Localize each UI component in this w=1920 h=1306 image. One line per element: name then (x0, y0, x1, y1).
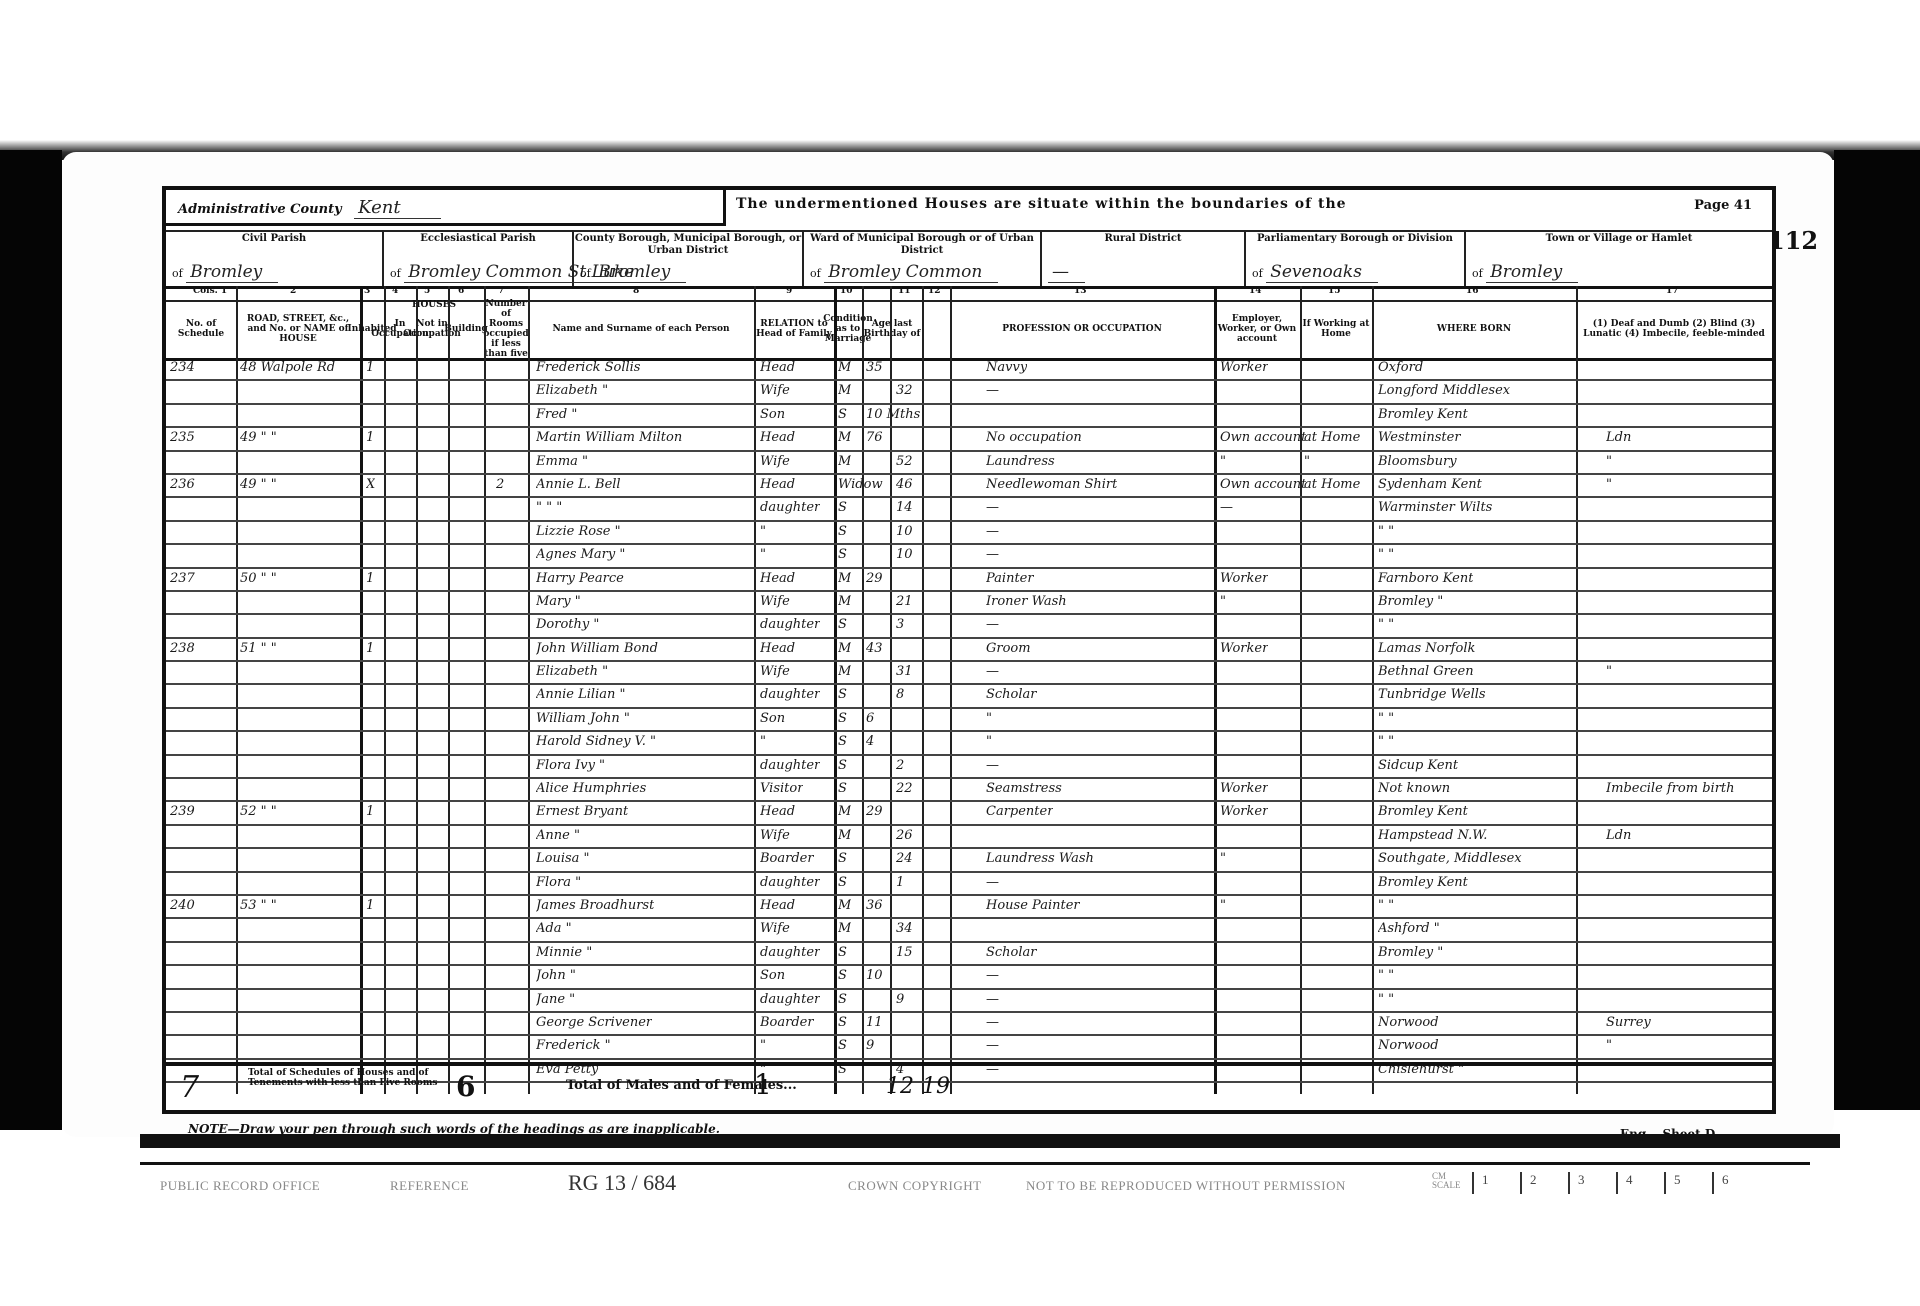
division-label: Town or Village or Hamlet (1466, 230, 1772, 245)
cell-road: 51 " " (240, 641, 277, 656)
scale-tick: 1 (1472, 1172, 1520, 1194)
cell-name: Jane " (536, 992, 575, 1007)
division-1: Civil Parishof Bromley (166, 230, 384, 286)
cell-female-age: 24 (896, 851, 913, 866)
division-handwritten: Bromley (594, 262, 686, 283)
cell-born: Lamas Norfolk (1378, 641, 1475, 656)
cell-condition: S (838, 711, 847, 726)
cell-born: " " (1378, 617, 1394, 632)
cell-condition: S (838, 1038, 847, 1053)
cell-inhabited: 1 (366, 804, 374, 819)
division-handwritten: Bromley Common (824, 262, 998, 283)
cell-name: Flora " (536, 875, 581, 890)
column-number: 3 (364, 286, 370, 296)
column-number: 6 (458, 286, 464, 296)
cell-employment: Worker (1220, 781, 1268, 796)
table-row: 24053 " "1James BroadhurstHeadM36House P… (166, 896, 1772, 919)
cell-name: John William Bond (536, 641, 658, 656)
column-number: 7 (498, 286, 504, 296)
cell-relation: daughter (760, 992, 820, 1007)
cell-born: Westminster (1378, 430, 1461, 445)
cell-employment: Own account (1220, 430, 1306, 445)
cell-occupation: — (986, 1015, 999, 1030)
cell-female-age: 21 (896, 594, 913, 609)
column-header: If Working at Home (1300, 300, 1372, 358)
cell-infirmity: Ldn (1606, 828, 1631, 843)
cell-female-age: 8 (896, 687, 904, 702)
cell-relation: Wife (760, 828, 790, 843)
cell-male-age: 11 (866, 1015, 883, 1030)
cell-condition: M (838, 454, 851, 469)
cell-condition: M (838, 664, 851, 679)
table-row: Lizzie Rose ""S10—" " (166, 522, 1772, 545)
cell-rooms: 2 (496, 477, 504, 492)
houses-group-header: HOUSES (384, 298, 484, 312)
table-row: Mary "WifeM21Ironer Wash"Bromley " (166, 592, 1772, 615)
males-females-label: Total of Males and of Females... (566, 1078, 797, 1093)
cell-male-age: 9 (866, 1038, 874, 1053)
cell-occupation: — (986, 547, 999, 562)
cell-relation: daughter (760, 617, 820, 632)
cell-born: Norwood (1378, 1038, 1439, 1053)
instruction-note: NOTE—Draw your pen through such words of… (188, 1122, 720, 1136)
cell-occupation: — (986, 500, 999, 515)
census-sheet: Administrative County Kent The underment… (162, 186, 1776, 1114)
cell-male-age: 76 (866, 430, 883, 445)
cell-infirmity: Ldn (1606, 430, 1631, 445)
admin-county-label: Administrative County (178, 202, 342, 217)
cell-condition: S (838, 875, 847, 890)
cell-name: Frederick Sollis (536, 360, 640, 375)
cell-male-age: 36 (866, 898, 883, 913)
division-value: — (1048, 262, 1085, 282)
scale-tick: 5 (1664, 1172, 1712, 1194)
table-row: 23448 Walpole Rd1Frederick SollisHeadM35… (166, 358, 1772, 381)
column-number: 14 (1249, 286, 1262, 296)
table-row: George ScrivenerBoarderS11—NorwoodSurrey (166, 1013, 1772, 1036)
cell-relation: Visitor (760, 781, 803, 796)
scale-ticks: 123456 (1472, 1172, 1760, 1194)
cell-relation: daughter (760, 875, 820, 890)
cell-condition: M (838, 804, 851, 819)
reference-label: REFERENCE (390, 1178, 469, 1194)
cell-occupation: Scholar (986, 687, 1037, 702)
cell-relation: Head (760, 477, 795, 492)
cell-occupation: Navvy (986, 360, 1027, 375)
cell-name: Elizabeth " (536, 664, 608, 679)
scale-tick: 4 (1616, 1172, 1664, 1194)
cell-relation: Head (760, 641, 795, 656)
division-handwritten: Bromley (186, 262, 278, 283)
cell-road: 48 Walpole Rd (240, 360, 335, 375)
cell-female-age: 10 (896, 524, 913, 539)
cell-condition: M (838, 641, 851, 656)
cell-born: Longford Middlesex (1378, 383, 1510, 398)
cell-male-age: 43 (866, 641, 883, 656)
cell-relation: Wife (760, 383, 790, 398)
column-number: 13 (1074, 286, 1087, 296)
cell-road: 49 " " (240, 477, 277, 492)
schedules-total-label: Total of Schedules of Houses and of Tene… (248, 1068, 438, 1088)
cell-condition: M (838, 828, 851, 843)
cell-schedule: 235 (170, 430, 195, 445)
cell-relation: Son (760, 407, 785, 422)
cell-male-age: 6 (866, 711, 874, 726)
cell-relation: " (760, 734, 766, 749)
cell-schedule: 237 (170, 571, 195, 586)
column-header: RELATION to Head of Family (754, 300, 834, 358)
cell-relation: daughter (760, 945, 820, 960)
division-label: Ward of Municipal Borough or of Urban Di… (804, 230, 1040, 257)
cell-name: Alice Humphries (536, 781, 646, 796)
table-row: Agnes Mary ""S10—" " (166, 545, 1772, 568)
cell-relation: Head (760, 804, 795, 819)
cell-name: Louisa " (536, 851, 590, 866)
cell-relation: Head (760, 430, 795, 445)
cell-born: Bromley " (1378, 945, 1443, 960)
cell-name: Anne " (536, 828, 580, 843)
division-handwritten: Sevenoaks (1266, 262, 1378, 283)
cell-road: 49 " " (240, 430, 277, 445)
footer-rule (140, 1162, 1810, 1165)
cell-female-age: 31 (896, 664, 913, 679)
cell-occupation: House Painter (986, 898, 1080, 913)
cell-employment: " (1220, 898, 1226, 913)
cell-condition: S (838, 734, 847, 749)
cell-occupation: Seamstress (986, 781, 1062, 796)
cell-female-age: 26 (896, 828, 913, 843)
cell-male-age: 29 (866, 571, 883, 586)
table-row: 23549 " "1Martin William MiltonHeadM76No… (166, 428, 1772, 451)
females-total: 19 (922, 1074, 950, 1099)
cell-born: Warminster Wilts (1378, 500, 1492, 515)
cell-name: James Broadhurst (536, 898, 654, 913)
cell-employment: " (1220, 851, 1226, 866)
division-row: Civil Parishof BromleyEcclesiastical Par… (166, 230, 1772, 289)
column-header (922, 300, 950, 358)
cell-schedule: 240 (170, 898, 195, 913)
division-label: Rural District (1042, 230, 1244, 245)
males-total: 12 (886, 1074, 914, 1099)
cell-road: 53 " " (240, 898, 277, 913)
cell-schedule: 239 (170, 804, 195, 819)
scale-label: CM SCALE (1432, 1172, 1472, 1194)
division-3: County Borough, Municipal Borough, or Ur… (574, 230, 804, 286)
cell-infirmity: " (1606, 664, 1612, 679)
cell-name: Elizabeth " (536, 383, 608, 398)
copyright-label: CROWN COPYRIGHT (848, 1178, 982, 1194)
cell-name: Harold Sidney V. " (536, 734, 656, 749)
cell-female-age: 46 (896, 477, 913, 492)
column-number: 16 (1466, 286, 1479, 296)
cell-occupation: Needlewoman Shirt (986, 477, 1117, 492)
cell-occupation: Groom (986, 641, 1031, 656)
cell-born: " " (1378, 968, 1394, 983)
column-number: 9 (786, 286, 792, 296)
cell-employment: Worker (1220, 571, 1268, 586)
cell-home: " (1304, 454, 1310, 469)
cell-occupation: — (986, 992, 999, 1007)
column-header: Number of Rooms occupied if less than fi… (484, 300, 528, 358)
cell-female-age: 52 (896, 454, 913, 469)
cell-born: Bromley " (1378, 594, 1443, 609)
cell-name: Harry Pearce (536, 571, 624, 586)
cell-occupation: — (986, 524, 999, 539)
cell-condition: S (838, 945, 847, 960)
cell-relation: Wife (760, 921, 790, 936)
cell-name: Martin William Milton (536, 430, 682, 445)
cell-inhabited: 1 (366, 571, 374, 586)
cell-born: Bromley Kent (1378, 407, 1468, 422)
table-row: Anne "WifeM26Hampstead N.W.Ldn (166, 826, 1772, 849)
column-number: 10 (840, 286, 853, 296)
cell-occupation: — (986, 664, 999, 679)
cell-occupation: — (986, 383, 999, 398)
table-row: John "SonS10—" " (166, 966, 1772, 989)
cell-female-age: 10 (896, 547, 913, 562)
cell-born: Bethnal Green (1378, 664, 1474, 679)
cell-condition: S (838, 500, 847, 515)
column-number: 11 (898, 286, 911, 296)
cell-male-age: 35 (866, 360, 883, 375)
cell-relation: Head (760, 360, 795, 375)
cell-born: " " (1378, 992, 1394, 1007)
cell-name: Annie Lilian " (536, 687, 625, 702)
cell-born: " " (1378, 524, 1394, 539)
cell-condition: S (838, 407, 847, 422)
cell-condition: M (838, 898, 851, 913)
column-number: 12 (928, 286, 941, 296)
cell-born: Ashford " (1378, 921, 1440, 936)
cell-relation: " (760, 547, 766, 562)
table-row: 23750 " "1Harry PearceHeadM29PainterWork… (166, 569, 1772, 592)
cell-female-age: 32 (896, 383, 913, 398)
cell-name: Frederick " (536, 1038, 611, 1053)
division-6: Parliamentary Borough or Divisionof Seve… (1246, 230, 1466, 286)
cell-relation: daughter (760, 687, 820, 702)
cell-born: Oxford (1378, 360, 1423, 375)
cell-occupation: No occupation (986, 430, 1082, 445)
cell-condition: S (838, 992, 847, 1007)
cell-relation: " (760, 524, 766, 539)
cell-name: John " (536, 968, 576, 983)
cell-home: at Home (1304, 430, 1360, 445)
cell-condition: M (838, 921, 851, 936)
cell-born: Hampstead N.W. (1378, 828, 1487, 843)
cell-born: Sidcup Kent (1378, 758, 1458, 773)
cell-employment: Worker (1220, 360, 1268, 375)
admin-county-value: Kent (354, 197, 440, 219)
cell-female-age: 1 (896, 875, 904, 890)
cell-occupation: " (986, 711, 992, 726)
cell-infirmity: " (1606, 1038, 1612, 1053)
division-2: Ecclesiastical Parishof Bromley Common S… (384, 230, 574, 286)
cell-name: Flora Ivy " (536, 758, 605, 773)
cell-condition: S (838, 758, 847, 773)
column-header: PROFESSION OR OCCUPATION (950, 300, 1214, 358)
division-label: Civil Parish (166, 230, 382, 245)
cell-road: 50 " " (240, 571, 277, 586)
column-header: Condition as to Marriage (834, 300, 862, 358)
cell-name: George Scrivener (536, 1015, 652, 1030)
cell-occupation: — (986, 758, 999, 773)
cell-occupation: — (986, 968, 999, 983)
cell-born: Southgate, Middlesex (1378, 851, 1522, 866)
table-row: Louisa "BoarderS24Laundress Wash"Southga… (166, 849, 1772, 872)
cell-female-age: 3 (896, 617, 904, 632)
division-label: Parliamentary Borough or Division (1246, 230, 1464, 245)
cell-employment: " (1220, 454, 1226, 469)
cell-born: Bromley Kent (1378, 804, 1468, 819)
column-number: 4 (392, 286, 398, 296)
cell-condition: M (838, 594, 851, 609)
cell-home: at Home (1304, 477, 1360, 492)
cell-condition: S (838, 851, 847, 866)
cell-relation: Boarder (760, 851, 814, 866)
cell-inhabited: 1 (366, 360, 374, 375)
scale-tick: 6 (1712, 1172, 1760, 1194)
cell-born: " " (1378, 898, 1394, 913)
cell-male-age: 4 (866, 734, 874, 749)
division-5: Rural District — (1042, 230, 1246, 286)
administrative-county: Administrative County Kent (166, 190, 726, 226)
cell-relation: Son (760, 968, 785, 983)
cell-condition: S (838, 687, 847, 702)
division-label: County Borough, Municipal Borough, or Ur… (574, 230, 802, 257)
cell-employment: Worker (1220, 804, 1268, 819)
cell-name: Lizzie Rose " (536, 524, 621, 539)
division-value: of Bromley Common (810, 262, 998, 282)
cell-infirmity: Surrey (1606, 1015, 1651, 1030)
table-row: Flora Ivy "daughterS2—Sidcup Kent (166, 756, 1772, 779)
cell-relation: " (760, 1038, 766, 1053)
cell-name: Mary " (536, 594, 581, 609)
cell-condition: S (838, 1015, 847, 1030)
cell-relation: Son (760, 711, 785, 726)
column-number: 15 (1328, 286, 1341, 296)
cell-employment: Own account (1220, 477, 1306, 492)
cell-condition: M (838, 383, 851, 398)
cell-born: Bromley Kent (1378, 875, 1468, 890)
cell-condition: Widow (838, 477, 883, 492)
column-header: Employer, Worker, or Own account (1214, 300, 1300, 358)
column-number: Cols. 1 (193, 286, 227, 296)
cell-inhabited: 1 (366, 641, 374, 656)
cell-relation: Wife (760, 664, 790, 679)
census-rows: 23448 Walpole Rd1Frederick SollisHeadM35… (166, 358, 1772, 1083)
cell-infirmity: " (1606, 454, 1612, 469)
permission-label: NOT TO BE REPRODUCED WITHOUT PERMISSION (1026, 1178, 1346, 1194)
cell-female-age: 34 (896, 921, 913, 936)
cell-employment: Worker (1220, 641, 1268, 656)
cell-male-age: 29 (866, 804, 883, 819)
cell-inhabited: 1 (366, 430, 374, 445)
table-row: Flora "daughterS1—Bromley Kent (166, 873, 1772, 896)
cell-female-age: 15 (896, 945, 913, 960)
cell-relation: Wife (760, 594, 790, 609)
cell-name: Minnie " (536, 945, 592, 960)
cell-born: Tunbridge Wells (1378, 687, 1486, 702)
cell-name: Ernest Bryant (536, 804, 628, 819)
table-row: " " "daughterS14——Warminster Wilts (166, 498, 1772, 521)
cm-scale: CM SCALE 123456 (1432, 1172, 1760, 1194)
totals-row: 7 Total of Schedules of Houses and of Te… (166, 1062, 1772, 1110)
scan-border-right (1834, 150, 1920, 1110)
table-row: Ada "WifeM34Ashford " (166, 919, 1772, 942)
table-row: Minnie "daughterS15ScholarBromley " (166, 943, 1772, 966)
cell-name: Dorothy " (536, 617, 599, 632)
cell-employment: " (1220, 594, 1226, 609)
inhabited-total: 6 (456, 1070, 475, 1103)
cell-female-age: 2 (896, 758, 904, 773)
intro-text: The undermentioned Houses are situate wi… (736, 196, 1347, 212)
cell-occupation: — (986, 875, 999, 890)
division-value: of Sevenoaks (1252, 262, 1378, 282)
cell-occupation: — (986, 617, 999, 632)
cell-occupation: — (986, 1038, 999, 1053)
header-row: Administrative County Kent The underment… (166, 190, 1772, 232)
cell-female-age: 22 (896, 781, 913, 796)
cell-born: Farnboro Kent (1378, 571, 1473, 586)
cell-schedule: 234 (170, 360, 195, 375)
archive-footer: PUBLIC RECORD OFFICE REFERENCE RG 13 / 6… (160, 1172, 1810, 1202)
column-header: No. of Schedule (166, 300, 236, 358)
cell-name: Fred " (536, 407, 577, 422)
cell-condition: S (838, 524, 847, 539)
scale-tick: 3 (1568, 1172, 1616, 1194)
division-value: of Bromley (1472, 262, 1578, 282)
cell-infirmity: Imbecile from birth (1606, 781, 1735, 796)
column-number: 17 (1666, 286, 1679, 296)
division-4: Ward of Municipal Borough or of Urban Di… (804, 230, 1042, 286)
column-number: 8 (633, 286, 639, 296)
division-value: of Bromley (580, 262, 686, 282)
sheet-code: Eng.—Sheet D. (1620, 1127, 1719, 1141)
cell-relation: Head (760, 571, 795, 586)
office-label: PUBLIC RECORD OFFICE (160, 1178, 320, 1194)
table-row: Elizabeth "WifeM32—Longford Middlesex (166, 381, 1772, 404)
cell-occupation: " (986, 734, 992, 749)
schedules-total: 7 (180, 1070, 199, 1105)
cell-name: Emma " (536, 454, 588, 469)
cell-male-age: 10 (866, 968, 883, 983)
cell-relation: Wife (760, 454, 790, 469)
table-row: Annie Lilian "daughterS8ScholarTunbridge… (166, 685, 1772, 708)
reference-value: RG 13 / 684 (568, 1170, 676, 1196)
cell-condition: M (838, 430, 851, 445)
cell-schedule: 238 (170, 641, 195, 656)
column-header: Age last Birthday of (862, 300, 922, 358)
cell-inhabited: X (366, 477, 375, 492)
cell-name: William John " (536, 711, 630, 726)
cell-female-age: 14 (896, 500, 913, 515)
cell-condition: M (838, 360, 851, 375)
cell-occupation: Scholar (986, 945, 1037, 960)
cell-name: Agnes Mary " (536, 547, 625, 562)
cell-born: " " (1378, 547, 1394, 562)
cell-road: 52 " " (240, 804, 277, 819)
cell-occupation: Laundress Wash (986, 851, 1094, 866)
column-header: Name and Surname of each Person (528, 300, 754, 358)
column-headers: No. of ScheduleROAD, STREET, &c., and No… (166, 300, 1772, 361)
cell-condition: M (838, 571, 851, 586)
cell-name: Ada " (536, 921, 572, 936)
column-number: 2 (290, 286, 296, 296)
cell-occupation: Painter (986, 571, 1034, 586)
cell-name: " " " (536, 500, 562, 515)
cell-female-age: 9 (896, 992, 904, 1007)
table-row: 23952 " "1Ernest BryantHeadM29CarpenterW… (166, 802, 1772, 825)
